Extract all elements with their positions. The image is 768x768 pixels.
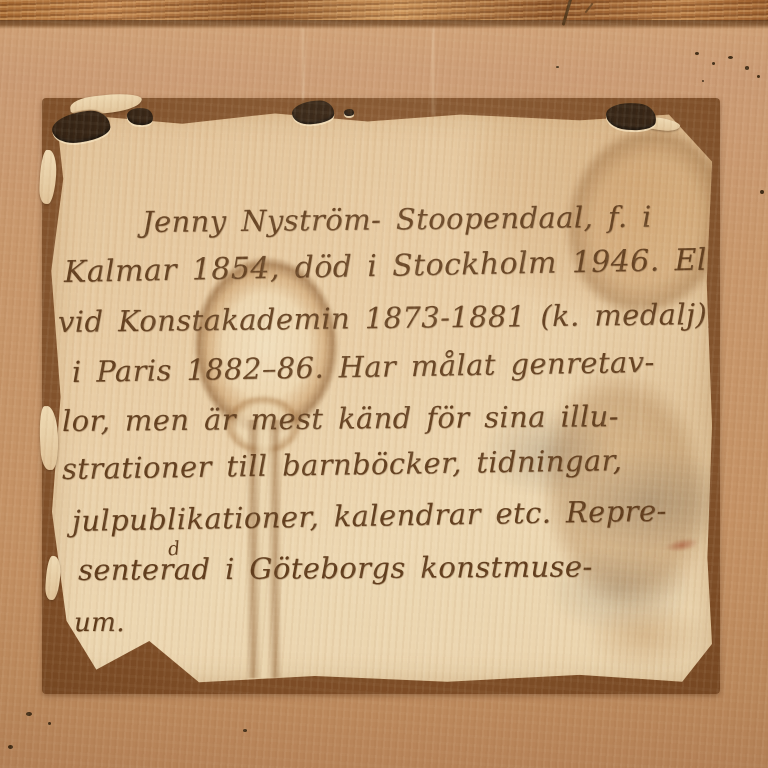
dirt-speck — [712, 62, 715, 65]
dirt-speck — [48, 722, 51, 725]
dirt-speck — [695, 52, 699, 55]
handwriting-line-9: um. — [74, 610, 125, 636]
dirt-speck — [243, 729, 247, 732]
handwriting-line-6: strationer till barnböcker, tidningar, — [62, 446, 623, 484]
dirt-speck — [760, 190, 764, 194]
paper-label: Jenny Nyström- Stoopendaal, f. i Kalmar … — [50, 110, 712, 684]
cardboard-crease — [640, 300, 642, 440]
cardboard-crease — [302, 28, 304, 100]
wood-frame-strip — [0, 0, 768, 21]
wood-strip-shadow — [0, 20, 768, 29]
handwriting-line-1: Jenny Nyström- Stoopendaal, f. i — [142, 203, 652, 237]
handwriting-line-7: julpublikationer, kalendrar etc. Repre- — [72, 497, 667, 536]
dirt-speck — [8, 745, 13, 749]
tear-hole — [344, 109, 354, 116]
rust-mark — [661, 535, 703, 556]
handwriting-line-3: vid Konstakademin 1873-1881 (k. medalj), — [58, 300, 717, 337]
handwriting-line-2: Kalmar 1854, död i Stockholm 1946. Elev — [64, 245, 743, 288]
cardboard-crease — [432, 28, 434, 116]
dirt-speck — [556, 66, 559, 68]
dirt-speck — [26, 712, 32, 716]
handwriting-line-4: i Paris 1882–86. Har målat genretav- — [72, 348, 655, 387]
handwriting-line-5: lor, men är mest känd för sina illu- — [62, 402, 619, 436]
dirt-speck — [702, 80, 704, 82]
dirt-speck — [745, 66, 749, 70]
dirt-speck — [757, 75, 760, 78]
handwriting-line-8: senterad i Göteborgs konstmuse- — [78, 552, 593, 585]
dirt-speck — [728, 56, 733, 59]
handwriting-insertion-mark: d — [167, 537, 181, 560]
backing-board-photo: Jenny Nyström- Stoopendaal, f. i Kalmar … — [0, 0, 768, 768]
